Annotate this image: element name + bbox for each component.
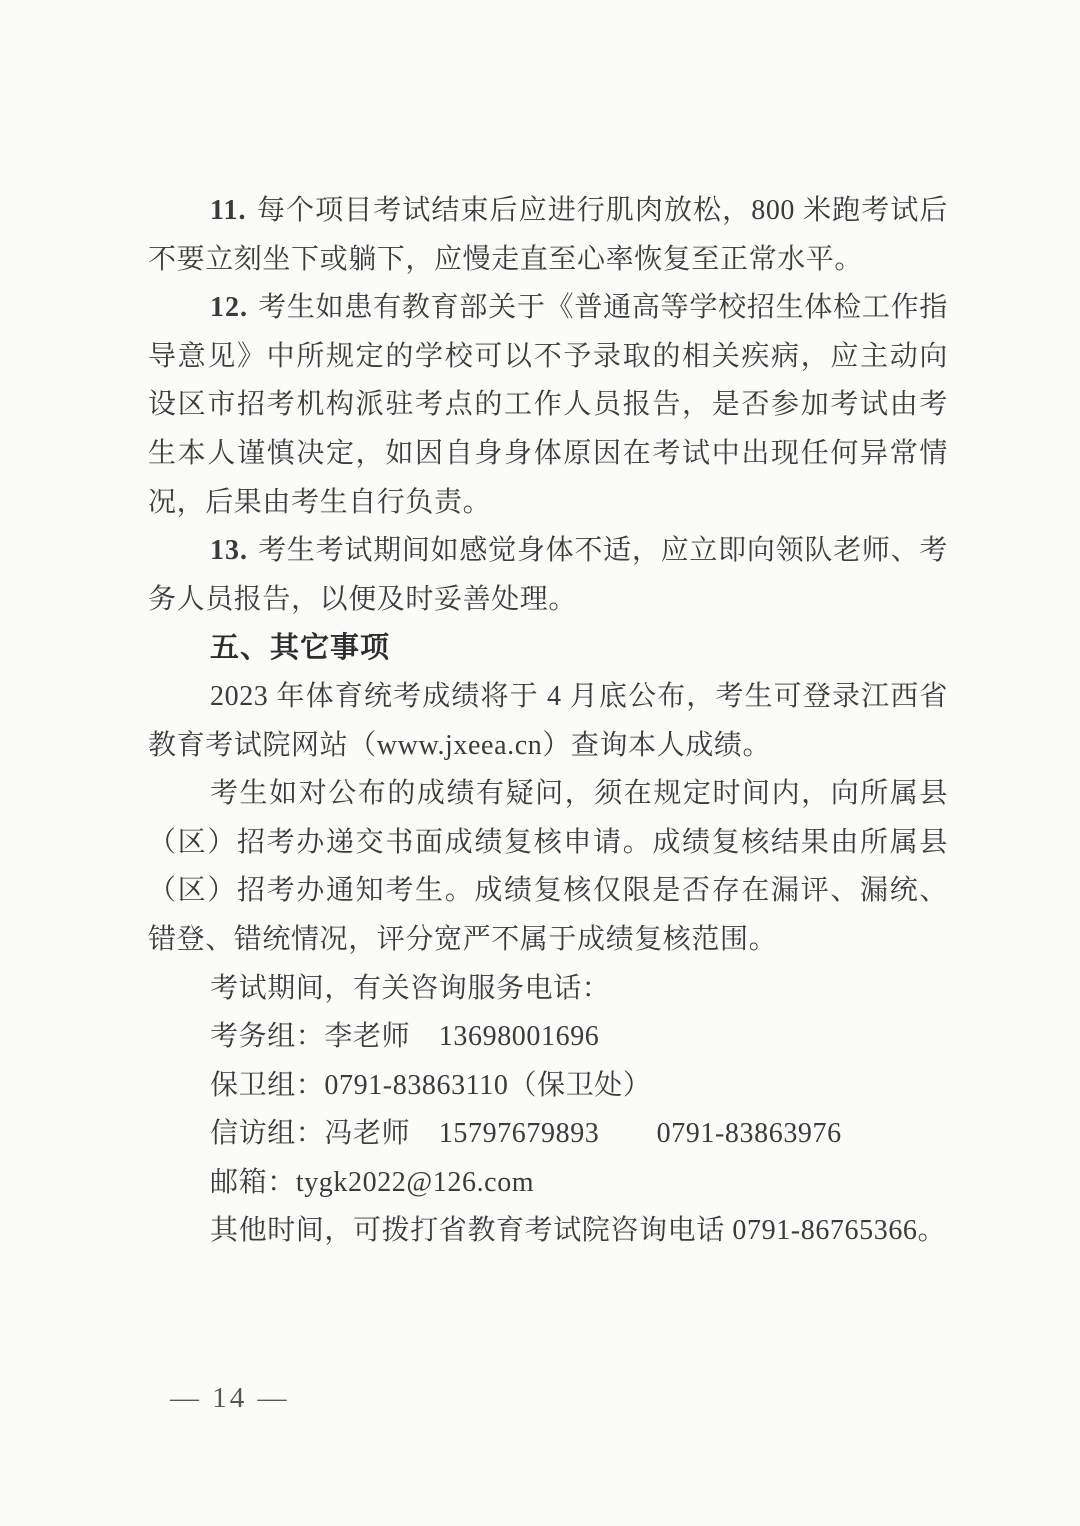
numbered-paragraph-11: 11.每个项目考试结束后应进行肌肉放松，800 米跑考试后不要立刻坐下或躺下，应… — [148, 187, 948, 284]
contact-value-email: tygk2022@126.com — [296, 1167, 534, 1198]
contact-label-security: 保卫组： — [210, 1070, 324, 1101]
contact-value-petition: 冯老师 15797679893 0791-83863976 — [324, 1118, 841, 1149]
item-text-11: 每个项目考试结束后应进行肌肉放松，800 米跑考试后不要立刻坐下或躺下，应慢走直… — [148, 195, 948, 275]
paragraph-score-release: 2023 年体育统考成绩将于 4 月底公布，考生可登录江西省教育考试院网站（ww… — [148, 673, 948, 770]
contact-label-petition: 信访组： — [210, 1118, 324, 1149]
contact-line-petition: 信访组：冯老师 15797679893 0791-83863976 — [148, 1110, 948, 1159]
item-number-11: 11. — [210, 195, 246, 226]
document-page: 11.每个项目考试结束后应进行肌肉放松，800 米跑考试后不要立刻坐下或躺下，应… — [0, 0, 1080, 1526]
numbered-paragraph-12: 12.考生如患有教育部关于《普通高等学校招生体检工作指导意见》中所规定的学校可以… — [148, 284, 948, 527]
contact-label-exam-affairs: 考务组： — [210, 1021, 324, 1052]
item-number-12: 12. — [210, 292, 248, 323]
paragraph-hotline-intro: 考试期间，有关咨询服务电话： — [148, 965, 948, 1014]
item-number-13: 13. — [210, 535, 248, 566]
page-number: — 14 — — [170, 1382, 290, 1415]
item-text-12: 考生如患有教育部关于《普通高等学校招生体检工作指导意见》中所规定的学校可以不予录… — [148, 292, 948, 517]
numbered-paragraph-13: 13.考生考试期间如感觉身体不适，应立即向领队老师、考务人员报告，以便及时妥善处… — [148, 527, 948, 624]
paragraph-other-times: 其他时间，可拨打省教育考试院咨询电话 0791-86765366。 — [148, 1207, 948, 1256]
section-heading-other-matters: 五、其它事项 — [148, 624, 948, 673]
item-text-13: 考生考试期间如感觉身体不适，应立即向领队老师、考务人员报告，以便及时妥善处理。 — [148, 535, 948, 615]
contact-value-exam-affairs: 李老师 13698001696 — [324, 1021, 599, 1052]
paragraph-score-review: 考生如对公布的成绩有疑问，须在规定时间内，向所属县（区）招考办递交书面成绩复核申… — [148, 770, 948, 964]
contact-label-email: 邮箱： — [210, 1167, 296, 1198]
contact-value-security: 0791-83863110（保卫处） — [324, 1070, 651, 1101]
contact-line-email: 邮箱：tygk2022@126.com — [148, 1159, 948, 1208]
document-content: 11.每个项目考试结束后应进行肌肉放松，800 米跑考试后不要立刻坐下或躺下，应… — [148, 187, 948, 1256]
contact-line-security: 保卫组：0791-83863110（保卫处） — [148, 1062, 948, 1111]
contact-line-exam-affairs: 考务组：李老师 13698001696 — [148, 1013, 948, 1062]
